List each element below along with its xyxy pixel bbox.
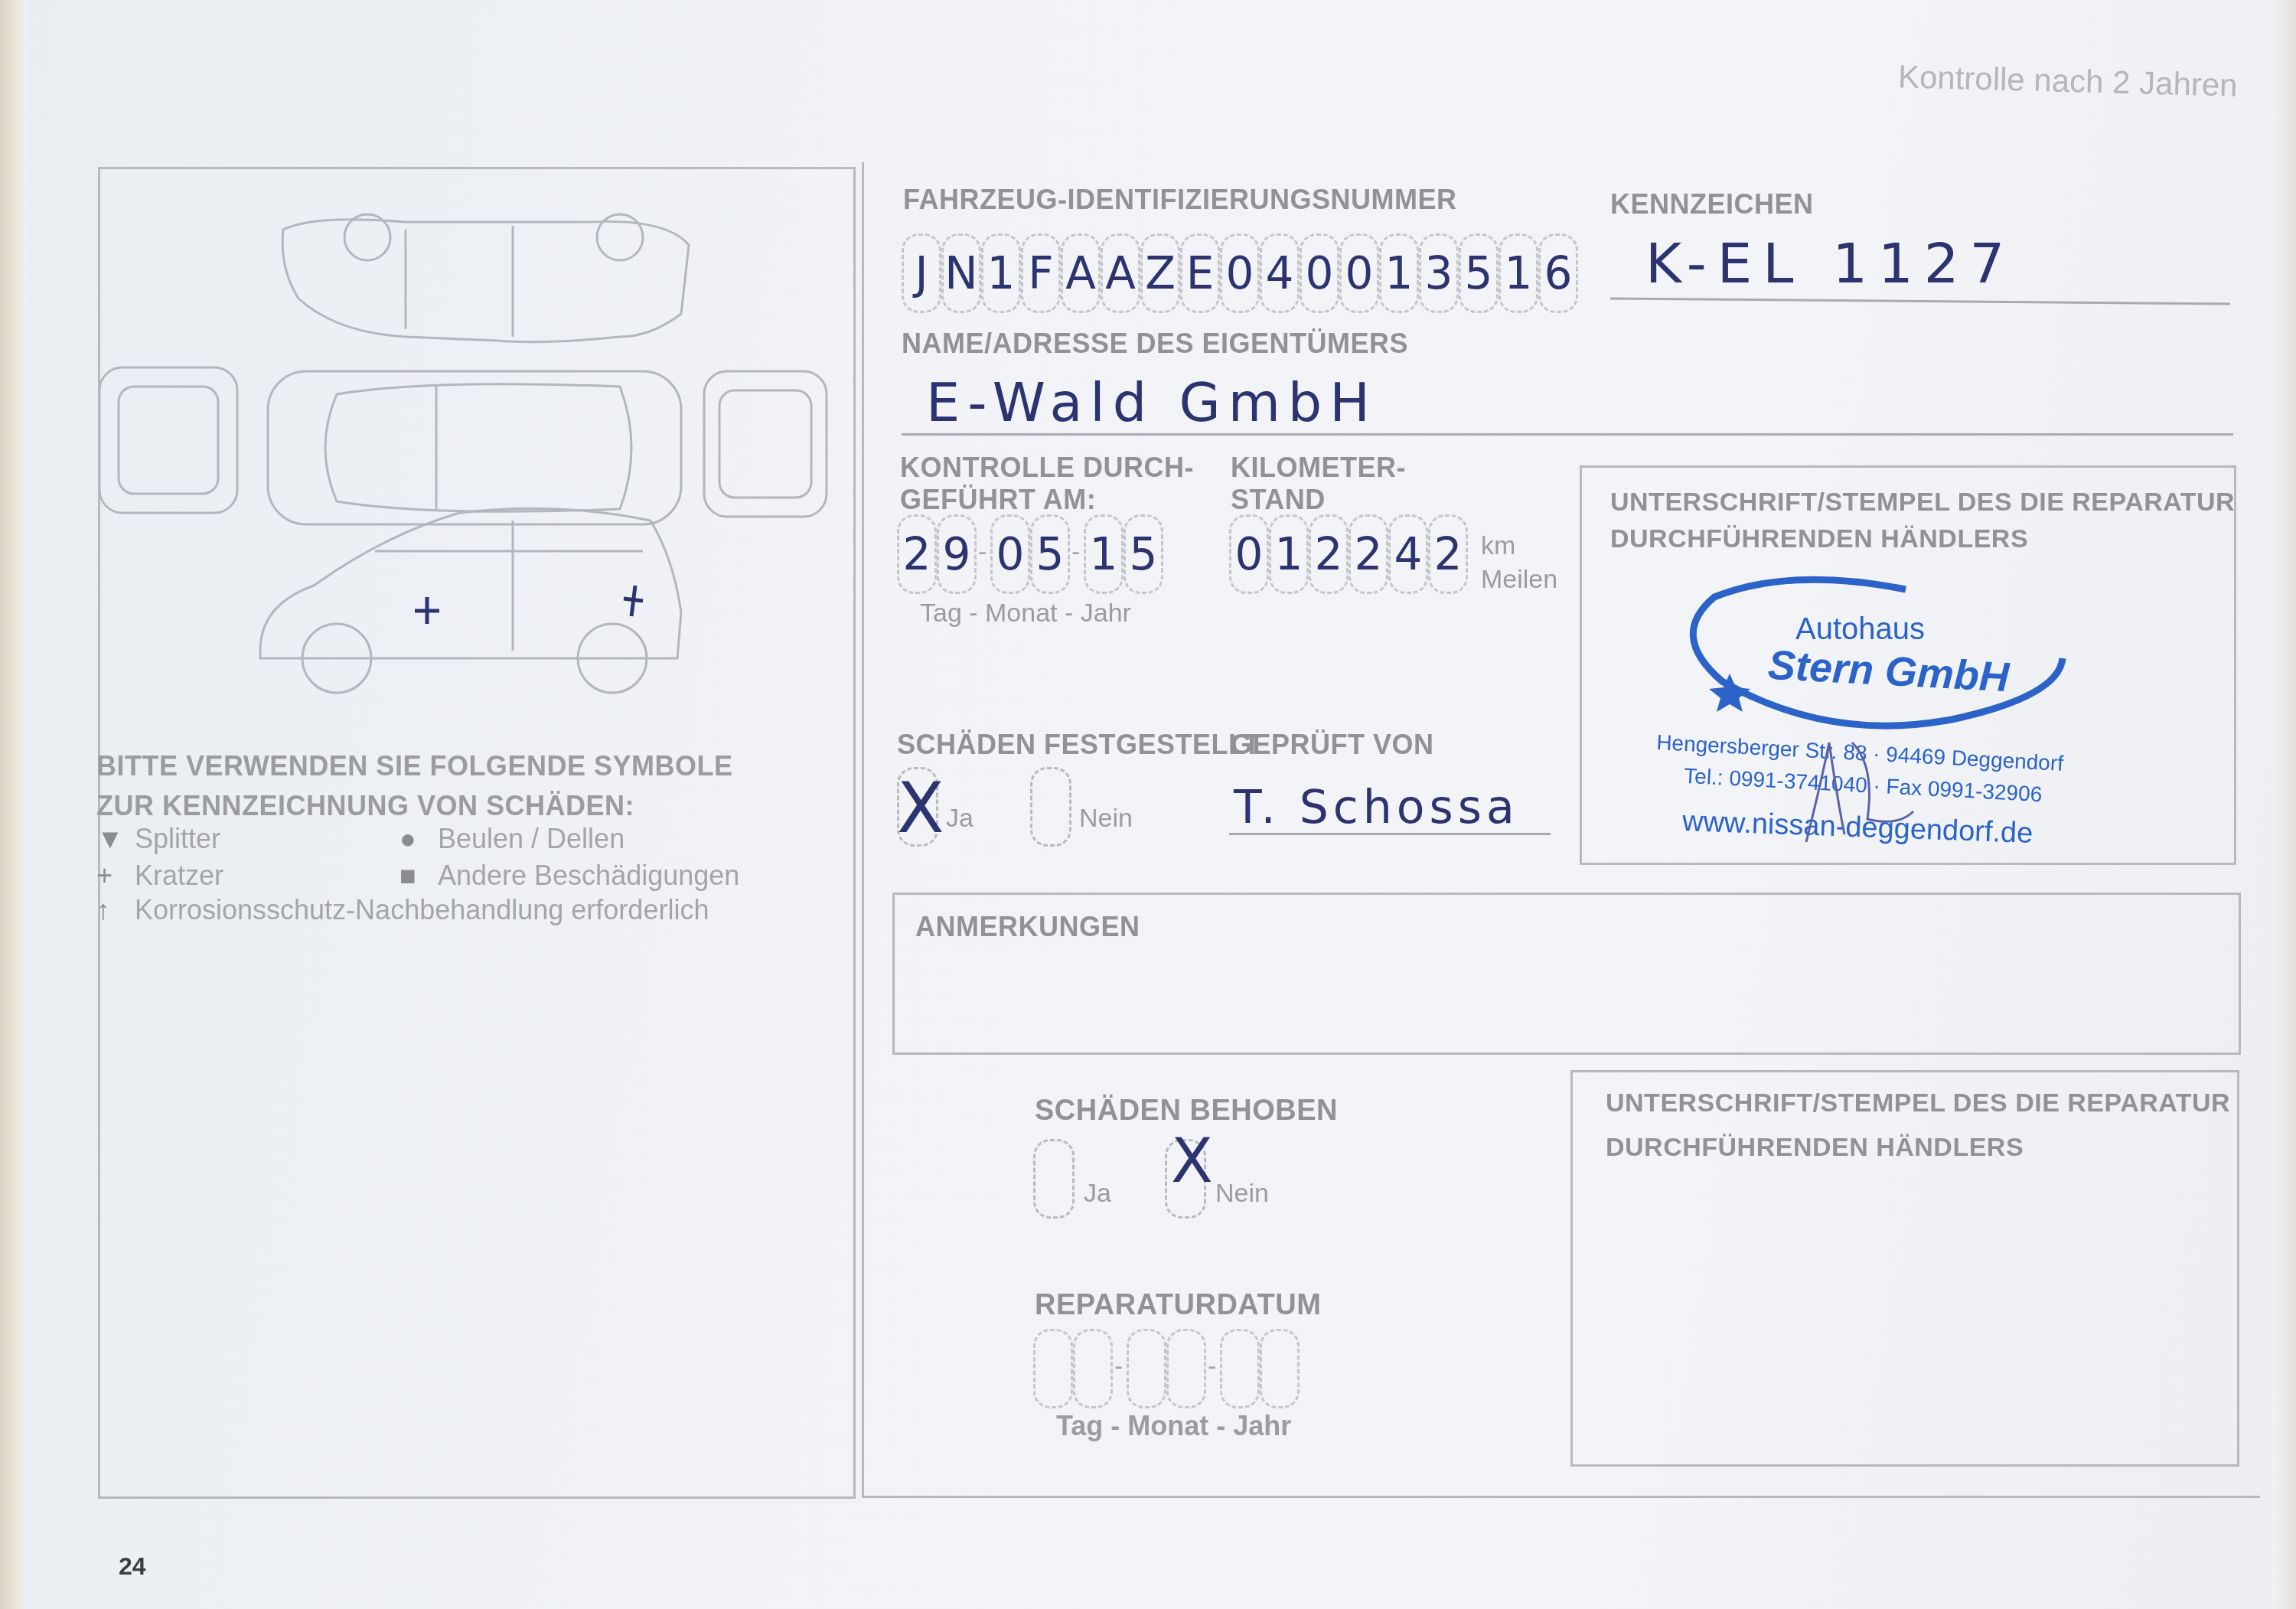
damage-found-label: SCHÄDEN FESTGESTELLT — [897, 729, 1261, 761]
dealer-signature-2-label: UNTERSCHRIFT/STEMPEL DES DIE REPARATUR D… — [1606, 1081, 2230, 1170]
legend-item-corrosion: ↑Korrosionsschutz-Nachbehandlung erforde… — [96, 894, 709, 926]
digit-cell[interactable]: 9 — [937, 514, 977, 594]
digit-cell[interactable]: 1 — [1499, 233, 1538, 313]
triangle-down-icon: ▼ — [96, 823, 135, 855]
legend-label: Andere Beschädigungen — [438, 860, 739, 891]
mileage-unit-km[interactable]: km — [1481, 531, 1515, 561]
digit-cell[interactable]: 0 — [990, 514, 1030, 594]
damage-marks — [415, 586, 643, 624]
digit-cell[interactable]: 0 — [1339, 233, 1379, 313]
legend-item-dents: ●Beulen / Dellen — [400, 823, 625, 855]
legend-title-line2: ZUR KENNZEICHNUNG VON SCHÄDEN: — [96, 786, 732, 826]
digit-cell[interactable]: 2 — [1349, 514, 1388, 594]
legend-label: Splitter — [135, 823, 220, 854]
arrow-up-icon: ↑ — [96, 894, 135, 926]
checked-by-value[interactable]: T. Schossa — [1234, 781, 1519, 834]
checked-by-label: GEPRÜFT VON — [1231, 729, 1434, 761]
digit-cell[interactable] — [1073, 1329, 1113, 1408]
damage-repaired-yes-checkbox[interactable] — [1033, 1139, 1075, 1219]
digit-cell[interactable]: 4 — [1260, 233, 1300, 313]
digit-cell[interactable]: 1 — [1269, 514, 1309, 594]
damage-found-no-checkbox[interactable] — [1030, 767, 1071, 847]
digit-cell[interactable]: 1 — [981, 233, 1021, 313]
digit-cell[interactable]: Z — [1140, 233, 1180, 313]
remarks-label: ANMERKUNGEN — [915, 911, 1140, 943]
legend-label: Kratzer — [135, 860, 223, 891]
damage-found-no-label: Nein — [1079, 804, 1133, 834]
digit-cell[interactable]: A — [1101, 233, 1140, 313]
legend-item-scratches: +Kratzer — [96, 860, 223, 892]
square-icon: ■ — [400, 860, 438, 892]
digit-cell[interactable]: 2 — [1428, 514, 1468, 594]
digit-separator: - — [1208, 1352, 1216, 1382]
digit-cell[interactable]: E — [1180, 233, 1220, 313]
checkmark-x-icon: X — [1171, 1125, 1213, 1196]
damage-repaired-yes-label: Ja — [1084, 1179, 1111, 1209]
digit-cell[interactable]: 6 — [1538, 233, 1578, 313]
damage-repaired-label: SCHÄDEN BEHOBEN — [1035, 1095, 1338, 1128]
digit-cell[interactable] — [1220, 1329, 1260, 1408]
digit-cell[interactable]: A — [1061, 233, 1101, 313]
page-binding-edge — [0, 0, 28, 1609]
mileage-label-line2: STAND — [1231, 484, 1406, 516]
page-right-edge — [2273, 0, 2296, 1609]
inspection-date-field[interactable]: 29-05-15 — [897, 514, 1180, 599]
digit-cell[interactable]: 5 — [1124, 514, 1163, 594]
plus-icon: + — [96, 860, 135, 892]
repair-date-caption: Tag - Monat - Jahr — [1056, 1410, 1291, 1442]
digit-cell[interactable] — [1033, 1329, 1073, 1408]
mileage-unit-miles[interactable]: Meilen — [1481, 565, 1557, 595]
legend-item-other-damage: ■Andere Beschädigungen — [400, 860, 739, 892]
legend-item-splitter: ▼Splitter — [96, 823, 220, 855]
inspection-date-label-line2: GEFÜHRT AM: — [900, 484, 1194, 516]
legend-title: BITTE VERWENDEN SIE FOLGENDE SYMBOLE ZUR… — [96, 746, 732, 826]
repair-date-label: REPARATURDATUM — [1035, 1289, 1321, 1322]
page-number: 24 — [119, 1552, 146, 1581]
dealer-signature-1-label-line2: DURCHFÜHRENDEN HÄNDLERS — [1610, 521, 2235, 557]
legend-title-line1: BITTE VERWENDEN SIE FOLGENDE SYMBOLE — [96, 746, 732, 786]
plate-value[interactable]: K-EL 1127 — [1645, 231, 2015, 295]
checkmark-x-icon: X — [897, 769, 944, 849]
checked-by-underline — [1229, 833, 1551, 835]
legend-label: Beulen / Dellen — [438, 823, 625, 854]
dealer-signature-2-label-line2: DURCHFÜHRENDEN HÄNDLERS — [1606, 1125, 2230, 1170]
car-diagram — [84, 199, 834, 704]
digit-separator: - — [978, 537, 987, 567]
digit-separator: - — [1114, 1352, 1123, 1382]
vin-field[interactable]: JN1FAAZE040013516 — [902, 233, 1583, 310]
digit-cell[interactable]: 0 — [1229, 514, 1269, 594]
mileage-field[interactable]: 012242 — [1229, 514, 1474, 599]
damage-found-yes-label: Ja — [946, 804, 974, 834]
digit-cell[interactable]: N — [941, 233, 981, 313]
handwritten-signature-icon — [1783, 735, 1921, 850]
car-side-view-icon — [260, 508, 681, 693]
digit-cell[interactable]: 1 — [1379, 233, 1419, 313]
stamp-line1: Autohaus — [1795, 612, 1925, 647]
digit-cell[interactable]: 2 — [1309, 514, 1349, 594]
dealer-signature-1-label-line1: UNTERSCHRIFT/STEMPEL DES DIE REPARATUR — [1610, 484, 2235, 521]
legend-label: Korrosionsschutz-Nachbehandlung erforder… — [135, 894, 709, 925]
digit-cell[interactable]: 4 — [1388, 514, 1428, 594]
digit-cell[interactable] — [1166, 1329, 1206, 1408]
car-top-view-icon — [268, 371, 681, 524]
car-underside-view-icon — [282, 214, 689, 342]
dealer-signature-1-label: UNTERSCHRIFT/STEMPEL DES DIE REPARATUR D… — [1610, 484, 2235, 557]
digit-cell[interactable]: F — [1021, 233, 1061, 313]
digit-cell[interactable]: J — [902, 233, 941, 313]
car-front-view-icon — [99, 367, 237, 513]
dealer-signature-2-label-line1: UNTERSCHRIFT/STEMPEL DES DIE REPARATUR — [1606, 1081, 2230, 1125]
page-header-title: Kontrolle nach 2 Jahren — [1897, 58, 2238, 104]
car-rear-view-icon — [704, 371, 827, 517]
digit-cell[interactable]: 3 — [1419, 233, 1459, 313]
repair-date-field[interactable]: -- — [1033, 1329, 1316, 1413]
mileage-label-line1: KILOMETER- — [1231, 452, 1406, 484]
owner-label: NAME/ADRESSE DES EIGENTÜMERS — [902, 328, 1408, 360]
digit-cell[interactable]: 0 — [1220, 233, 1260, 313]
owner-underline — [902, 433, 2233, 436]
inspection-date-label: KONTROLLE DURCH- GEFÜHRT AM: — [900, 452, 1194, 516]
digit-separator: - — [1071, 537, 1080, 567]
plate-label: KENNZEICHEN — [1610, 188, 1814, 220]
mileage-label: KILOMETER- STAND — [1231, 452, 1406, 516]
vin-label: FAHRZEUG-IDENTIFIZIERUNGSNUMMER — [903, 184, 1456, 216]
inspection-date-caption: Tag - Monat - Jahr — [920, 599, 1131, 628]
damage-repaired-no-label: Nein — [1215, 1179, 1269, 1209]
digit-cell[interactable]: 5 — [1459, 233, 1499, 313]
digit-cell[interactable] — [1260, 1329, 1300, 1408]
digit-cell[interactable]: 0 — [1300, 233, 1339, 313]
digit-cell[interactable]: 5 — [1030, 514, 1070, 594]
digit-cell[interactable]: 2 — [897, 514, 937, 594]
digit-cell[interactable]: 1 — [1084, 514, 1124, 594]
owner-value[interactable]: E-Wald GmbH — [926, 371, 1378, 434]
circle-icon: ● — [400, 823, 438, 855]
inspection-date-label-line1: KONTROLLE DURCH- — [900, 452, 1194, 484]
digit-cell[interactable] — [1127, 1329, 1166, 1408]
